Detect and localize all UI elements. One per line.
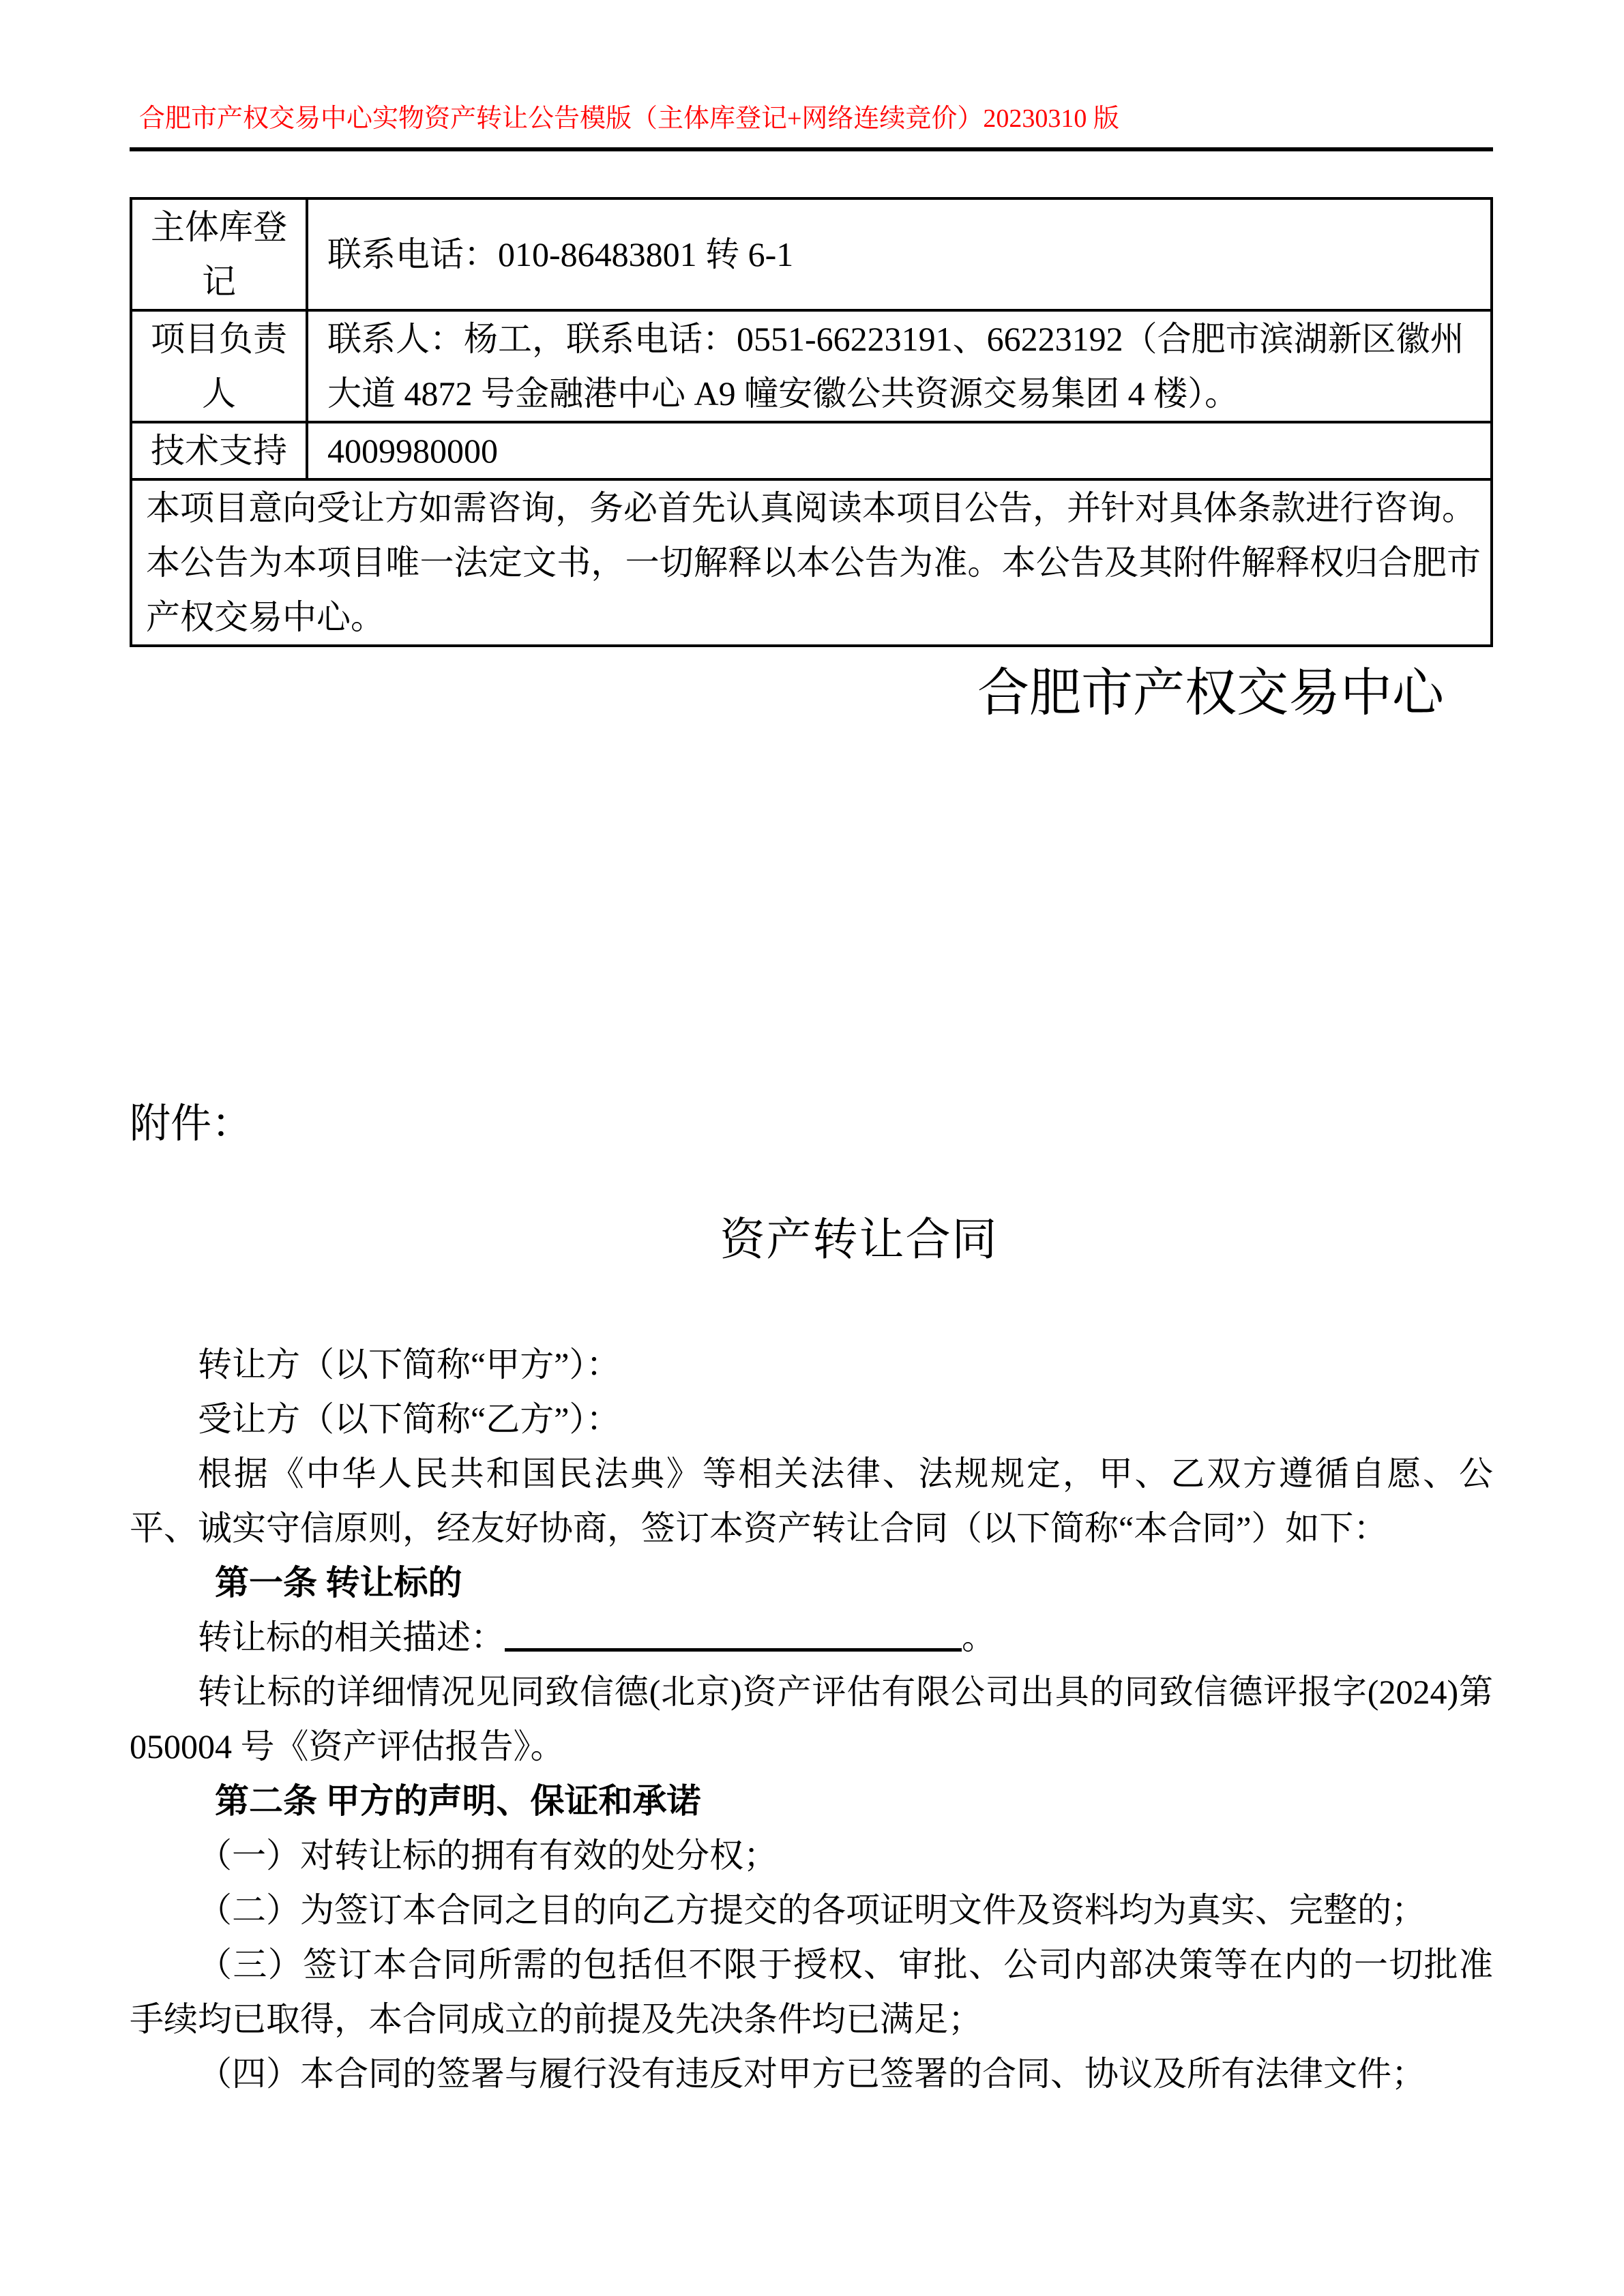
document-page: { "header": { "title": "合肥市产权交易中心实物资产转让公… xyxy=(0,0,1624,2296)
notice-paragraph-1: 本项目意向受让方如需咨询，务必首先认真阅读本项目公告，并针对具体条款进行咨询。 xyxy=(146,481,1481,535)
attachment-label: 附件： xyxy=(130,1094,1493,1153)
blank-underline xyxy=(505,1622,962,1652)
contract-paragraph-item-4: （四）本合同的签署与履行没有违反对甲方已签署的合同、协议及所有法律文件； xyxy=(130,2046,1493,2101)
contract-title: 资产转让合同 xyxy=(130,1210,1493,1270)
description-label: 转让标的相关描述： xyxy=(198,1618,505,1656)
issuer-signature: 合肥市产权交易中心 xyxy=(130,665,1493,722)
notice-cell: 本项目意向受让方如需咨询，务必首先认真阅读本项目公告，并针对具体条款进行咨询。 … xyxy=(131,479,1492,646)
description-period: 。 xyxy=(962,1618,996,1656)
table-row-tech-support: 技术支持 4009980000 xyxy=(131,422,1492,479)
contract-paragraph-transferee: 受让方（以下简称“乙方”）： xyxy=(130,1392,1493,1446)
table-row-registry: 主体库登记 联系电话：010-86483801 转 6-1 xyxy=(131,198,1492,310)
contract-paragraph-description: 转让标的相关描述：。 xyxy=(130,1610,1493,1665)
template-header-title: 合肥市产权交易中心实物资产转让公告模版（主体库登记+网络连续竞价）2023031… xyxy=(130,101,1493,151)
contract-paragraph-preamble: 根据《中华人民共和国民法典》等相关法律、法规规定，甲、乙双方遵循自愿、公平、诚实… xyxy=(130,1446,1493,1555)
contract-paragraph-item-2: （二）为签订本合同之目的向乙方提交的各项证明文件及资料均为真实、完整的； xyxy=(130,1883,1493,1937)
row-label-tech-support: 技术支持 xyxy=(131,422,307,479)
row-label-project-manager: 项目负责人 xyxy=(131,310,307,422)
contract-paragraph-item-3: （三）签订本合同所需的包括但不限于授权、审批、公司内部决策等在内的一切批准手续均… xyxy=(130,1937,1493,2046)
contract-paragraph-item-1: （一）对转让标的拥有有效的处分权； xyxy=(130,1828,1493,1883)
row-value-tech-support: 4009980000 xyxy=(307,422,1492,479)
contract-heading-article-1: 第一条 转让标的 xyxy=(130,1555,1493,1610)
notice-paragraph-2: 本公告为本项目唯一法定文书，一切解释以本公告为准。本公告及其附件解释权归合肥市产… xyxy=(146,535,1481,644)
contract-body: 转让方（以下简称“甲方”）： 受让方（以下简称“乙方”）： 根据《中华人民共和国… xyxy=(130,1337,1493,2101)
contract-paragraph-valuation: 转让标的详细情况见同致信德(北京)资产评估有限公司出具的同致信德评报字(2024… xyxy=(130,1665,1493,1774)
row-value-project-manager: 联系人：杨工，联系电话：0551-66223191、66223192（合肥市滨湖… xyxy=(307,310,1492,422)
contract-heading-article-2: 第二条 甲方的声明、保证和承诺 xyxy=(130,1774,1493,1828)
row-label-registry: 主体库登记 xyxy=(131,198,307,310)
contract-paragraph-transferor: 转让方（以下简称“甲方”）： xyxy=(130,1337,1493,1392)
table-row-project-manager: 项目负责人 联系人：杨工，联系电话：0551-66223191、66223192… xyxy=(131,310,1492,422)
row-value-registry: 联系电话：010-86483801 转 6-1 xyxy=(307,198,1492,310)
table-row-notice: 本项目意向受让方如需咨询，务必首先认真阅读本项目公告，并针对具体条款进行咨询。 … xyxy=(131,479,1492,646)
contact-table: 主体库登记 联系电话：010-86483801 转 6-1 项目负责人 联系人：… xyxy=(130,197,1493,647)
